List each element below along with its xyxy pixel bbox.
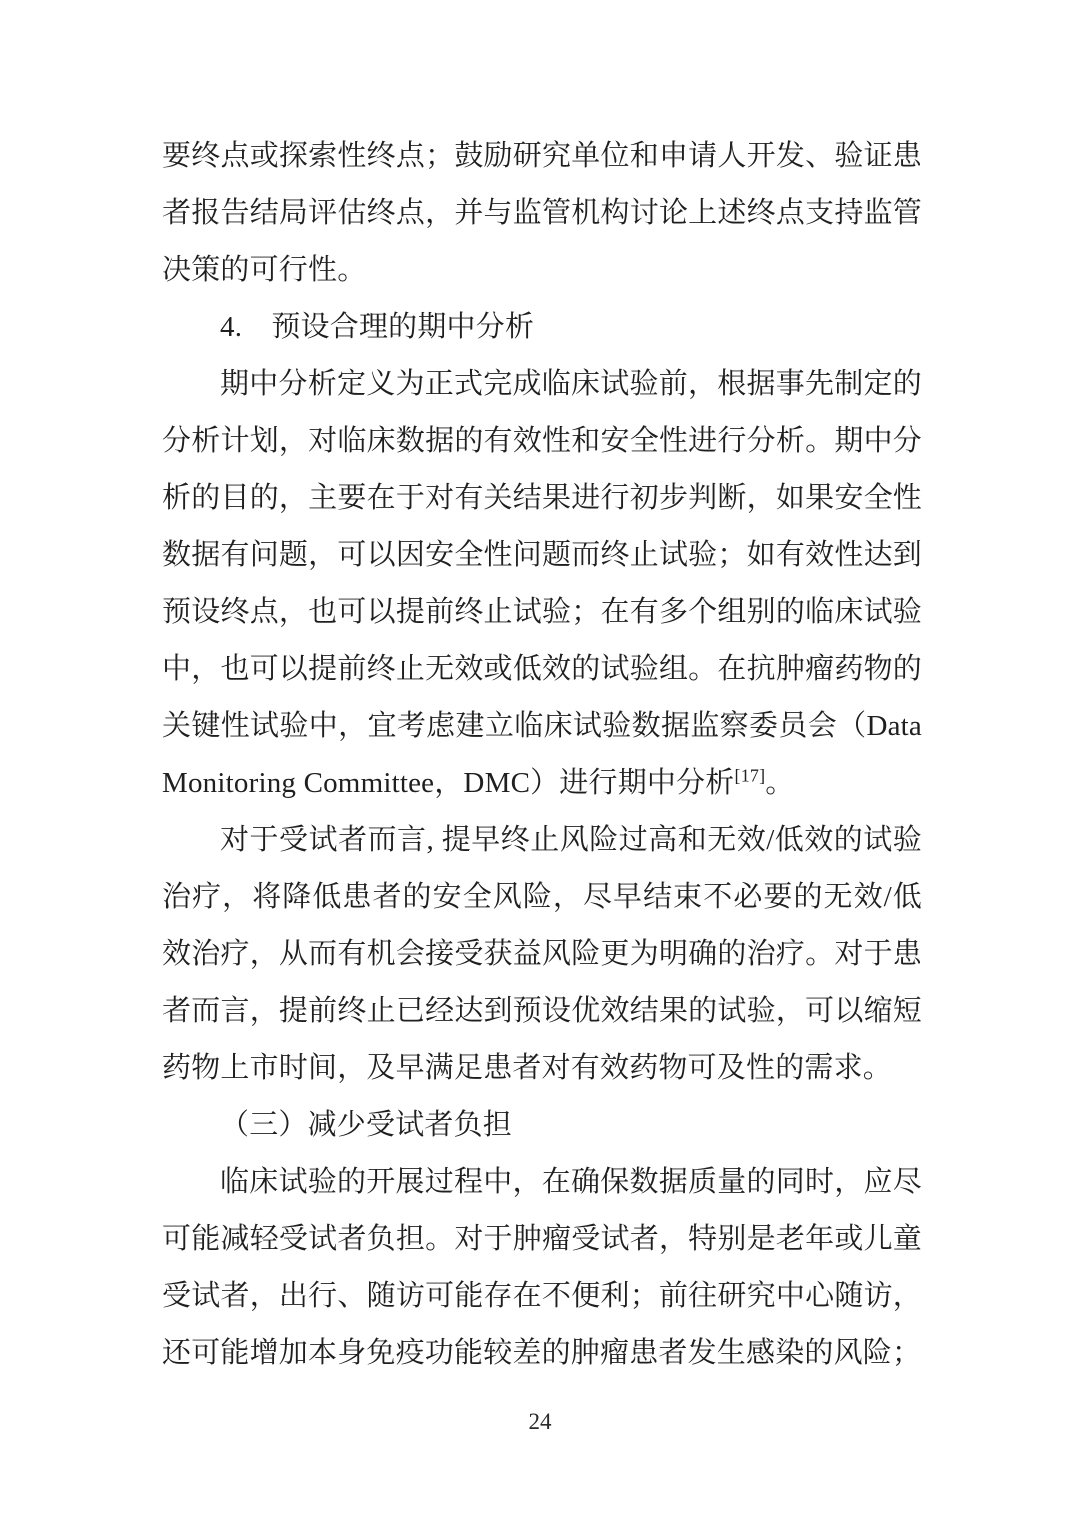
page-number: 24 (529, 1409, 552, 1434)
heading-reduce-subject-burden: （三）减少受试者负担 (162, 1097, 922, 1154)
paragraph-endpoint-continuation: 要终点或探索性终点；鼓励研究单位和申请人开发、验证患者报告结局评估终点，并与监管… (162, 128, 922, 299)
document-page: 要终点或探索性终点；鼓励研究单位和申请人开发、验证患者报告结局评估终点，并与监管… (0, 0, 1080, 1528)
citation-reference-17: [17] (735, 765, 766, 785)
text-block: 要终点或探索性终点；鼓励研究单位和申请人开发、验证患者报告结局评估终点，并与监管… (0, 0, 1080, 1382)
paragraph-interim-analysis-body: 期中分析定义为正式完成临床试验前，根据事先制定的分析计划，对临床数据的有效性和安… (162, 356, 922, 812)
heading-interim-analysis: 4. 预设合理的期中分析 (162, 299, 922, 356)
paragraph-tail: 。 (765, 767, 794, 799)
paragraph-subject-burden-body: 临床试验的开展过程中，在确保数据质量的同时，应尽可能减轻受试者负担。对于肿瘤受试… (162, 1154, 922, 1382)
page-footer: 24 (0, 1406, 1080, 1438)
paragraph-early-termination-benefits: 对于受试者而言, 提早终止风险过高和无效/低效的试验治疗，将降低患者的安全风险，… (162, 812, 922, 1097)
paragraph-text: 期中分析定义为正式完成临床试验前，根据事先制定的分析计划，对临床数据的有效性和安… (162, 368, 922, 799)
